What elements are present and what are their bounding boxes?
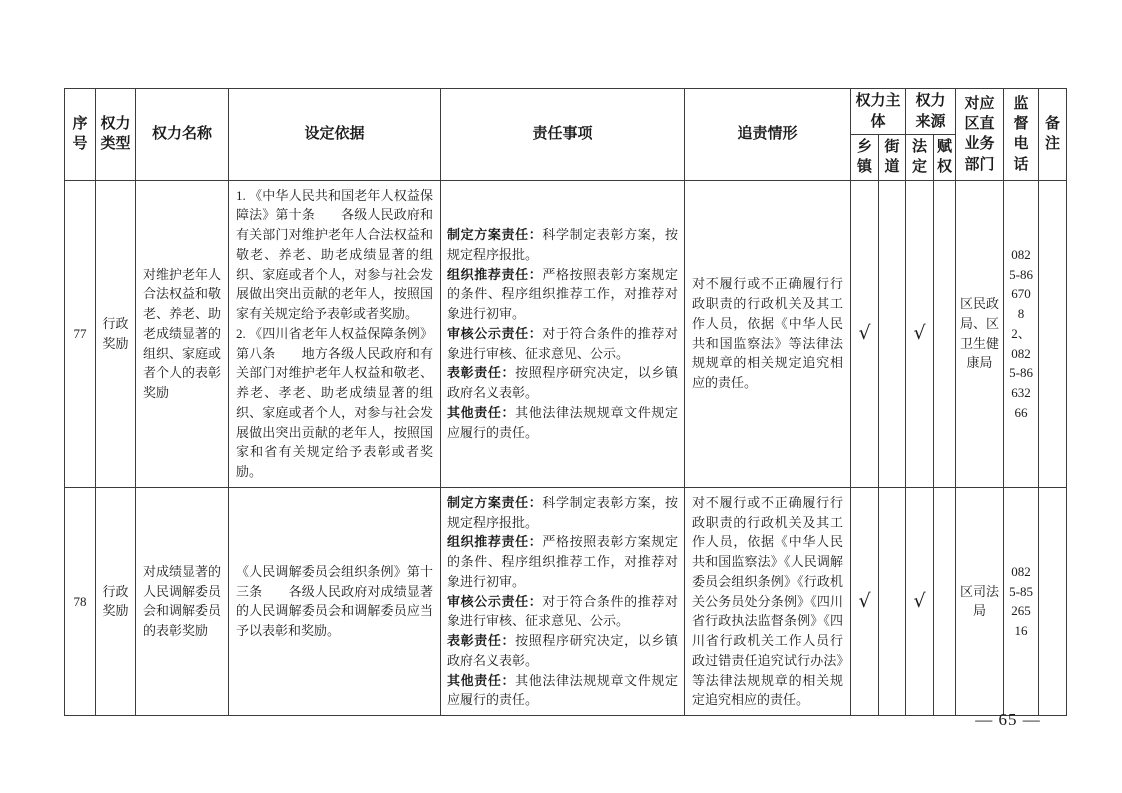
cell-authorized-check (934, 180, 956, 487)
cell-township-check: √ (851, 487, 879, 715)
cell-statutory-check: √ (906, 180, 934, 487)
cell-street-check (879, 487, 906, 715)
cell-phone: 0825-8667082、0825-8663266 (1004, 180, 1039, 487)
duty-item: 表彰责任：按照程序研究决定，以乡镇政府名义表彰。 (447, 363, 678, 403)
col-header-accountability: 追责情形 (685, 89, 851, 181)
document-page: 序号 权力类型 权力名称 设定依据 责任事项 追责情形 权力主体 权力来源 对应… (0, 0, 1122, 793)
table-row-78: 78 行政奖励 对成绩显著的人民调解委员会和调解委员的表彰奖励 《人民调解委员会… (65, 487, 1067, 715)
cell-accountability: 对不履行或不正确履行行政职责的行政机关及其工作人员，依据《中华人民共和国监察法》… (685, 180, 851, 487)
basis-item: 《人民调解委员会组织条例》第十三条 各级人民政府对成绩显著的人民调解委员会和调解… (236, 562, 433, 641)
duty-item: 其他责任：其他法律法规规章文件规定应履行的责任。 (447, 403, 678, 443)
page-number: — 65 — (950, 710, 1066, 730)
col-header-statutory: 法定 (906, 135, 934, 181)
cell-accountability: 对不履行或不正确履行行政职责的行政机关及其工作人员，依据《中华人民共和国监察法》… (685, 487, 851, 715)
cell-statutory-check: √ (906, 487, 934, 715)
col-header-remark: 备注 (1039, 89, 1067, 181)
col-header-department: 对应区直业务部门 (956, 89, 1004, 181)
col-header-township: 乡镇 (851, 135, 879, 181)
cell-power-type: 行政奖励 (96, 487, 136, 715)
table-row-77: 77 行政奖励 对维护老年人合法权益和敬老、养老、助老成绩显著的组织、家庭或者个… (65, 180, 1067, 487)
basis-item: 2. 《四川省老年人权益保障条例》第八条 地方各级人民政府和有关部门对维护老年人… (236, 324, 433, 482)
duty-item: 制定方案责任：科学制定表彰方案，按规定程序报批。 (447, 493, 678, 533)
cell-seq: 78 (65, 487, 96, 715)
duty-item: 表彰责任：按照程序研究决定，以乡镇政府名义表彰。 (447, 631, 678, 671)
cell-department: 区民政局、区卫生健康局 (956, 180, 1004, 487)
cell-department: 区司法局 (956, 487, 1004, 715)
cell-phone: 0825-8526516 (1004, 487, 1039, 715)
cell-remark (1039, 487, 1067, 715)
col-header-power-type: 权力类型 (96, 89, 136, 181)
cell-duties: 制定方案责任：科学制定表彰方案，按规定程序报批。 组织推荐责任：严格按照表彰方案… (441, 180, 685, 487)
col-header-phone: 监督电话 (1004, 89, 1039, 181)
cell-remark (1039, 180, 1067, 487)
col-header-basis: 设定依据 (229, 89, 441, 181)
cell-basis: 《人民调解委员会组织条例》第十三条 各级人民政府对成绩显著的人民调解委员会和调解… (229, 487, 441, 715)
cell-power-name: 对成绩显著的人民调解委员会和调解委员的表彰奖励 (136, 487, 229, 715)
power-responsibility-table: 序号 权力类型 权力名称 设定依据 责任事项 追责情形 权力主体 权力来源 对应… (64, 88, 1067, 716)
cell-basis: 1. 《中华人民共和国老年人权益保障法》第十条 各级人民政府和有关部门对维护老年… (229, 180, 441, 487)
col-header-seq: 序号 (65, 89, 96, 181)
duty-item: 制定方案责任：科学制定表彰方案，按规定程序报批。 (447, 225, 678, 265)
col-header-authorized: 赋权 (934, 135, 956, 181)
cell-seq: 77 (65, 180, 96, 487)
cell-authorized-check (934, 487, 956, 715)
duty-item: 组织推荐责任：严格按照表彰方案规定的条件、程序组织推荐工作，对推荐对象进行初审。 (447, 265, 678, 324)
col-header-power-name: 权力名称 (136, 89, 229, 181)
cell-power-type: 行政奖励 (96, 180, 136, 487)
col-header-duties: 责任事项 (441, 89, 685, 181)
duty-item: 其他责任：其他法律法规规章文件规定应履行的责任。 (447, 671, 678, 711)
col-header-power-subject: 权力主体 (851, 89, 906, 135)
basis-item: 1. 《中华人民共和国老年人权益保障法》第十条 各级人民政府和有关部门对维护老年… (236, 186, 433, 324)
cell-township-check: √ (851, 180, 879, 487)
cell-power-name: 对维护老年人合法权益和敬老、养老、助老成绩显著的组织、家庭或者个人的表彰奖励 (136, 180, 229, 487)
col-header-power-source: 权力来源 (906, 89, 956, 135)
col-header-street: 街道 (879, 135, 906, 181)
cell-duties: 制定方案责任：科学制定表彰方案，按规定程序报批。 组织推荐责任：严格按照表彰方案… (441, 487, 685, 715)
duty-item: 组织推荐责任：严格按照表彰方案规定的条件、程序组织推荐工作，对推荐对象进行初审。 (447, 532, 678, 591)
duty-item: 审核公示责任：对于符合条件的推荐对象进行审核、征求意见、公示。 (447, 324, 678, 364)
table-header: 序号 权力类型 权力名称 设定依据 责任事项 追责情形 权力主体 权力来源 对应… (65, 89, 1067, 181)
duty-item: 审核公示责任：对于符合条件的推荐对象进行审核、征求意见、公示。 (447, 592, 678, 632)
cell-street-check (879, 180, 906, 487)
